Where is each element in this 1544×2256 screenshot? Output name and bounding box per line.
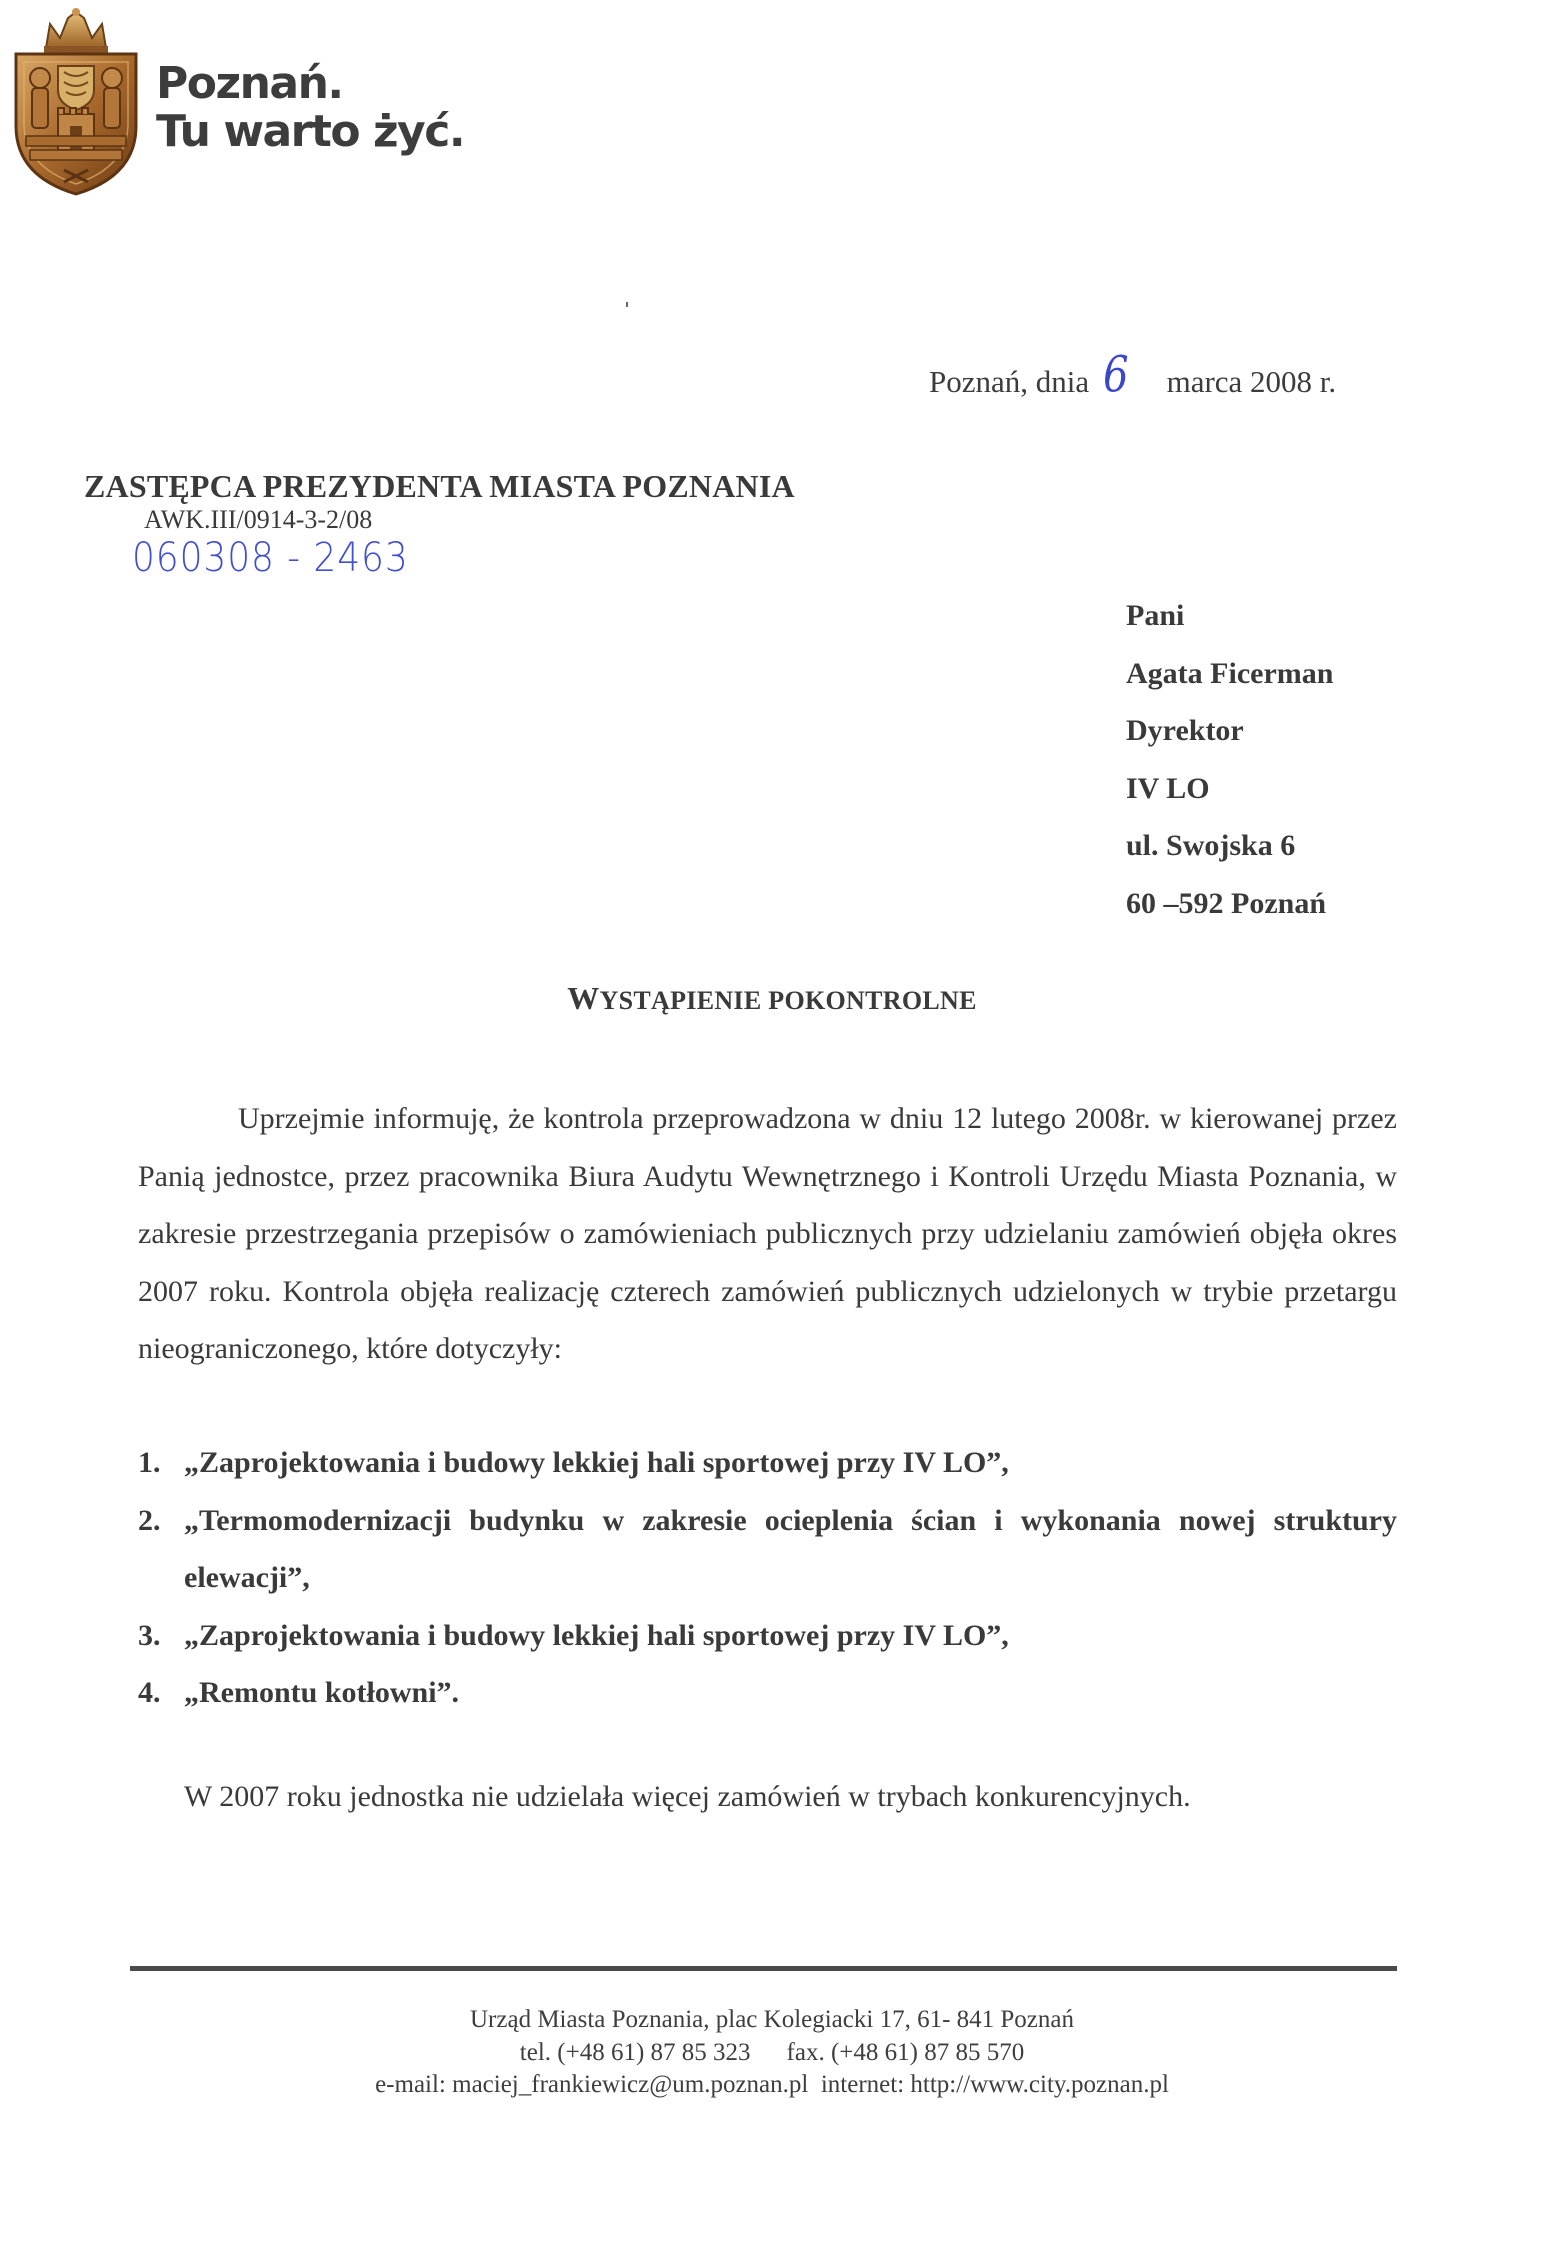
recipient-name: Agata Ficerman	[1126, 654, 1333, 712]
title-initial: W	[567, 980, 599, 1016]
list-item: 3.„Zaprojektowania i budowy lekkiej hali…	[138, 1607, 1397, 1665]
date-suffix: marca 2008 r.	[1167, 364, 1337, 399]
footer: Urząd Miasta Poznania, plac Kolegiacki 1…	[0, 2004, 1544, 2102]
list-item-number: 2.	[138, 1492, 161, 1550]
footer-fax: fax. (+48 61) 87 85 570	[787, 2039, 1025, 2066]
list-item-text: „Zaprojektowania i budowy lekkiej hali s…	[184, 1619, 1009, 1652]
recipient-street: ul. Swojska 6	[1126, 826, 1333, 884]
slogan-line-2: Tu warto żyć.	[156, 110, 464, 154]
recipient-institution: IV LO	[1126, 769, 1333, 827]
list-item: 2.„Termomodernizacji budynku w zakresie …	[138, 1492, 1397, 1607]
list-item-number: 1.	[138, 1434, 161, 1492]
list-item-number: 3.	[138, 1607, 161, 1665]
list-item-text: „Termomodernizacji budynku w zakresie oc…	[184, 1504, 1397, 1595]
recipient-city: 60 –592 Poznań	[1126, 884, 1333, 942]
list-item: 1.„Zaprojektowania i budowy lekkiej hali…	[138, 1434, 1397, 1492]
footer-divider	[130, 1966, 1397, 1971]
document-title: WYSTĄPIENIE POKONTROLNE	[0, 980, 1544, 1017]
list-item-number: 4.	[138, 1664, 161, 1722]
footer-phone-fax: tel. (+48 61) 87 85 323fax. (+48 61) 87 …	[0, 2037, 1544, 2070]
orders-list: 1.„Zaprojektowania i budowy lekkiej hali…	[138, 1434, 1397, 1722]
list-item-text: „Zaprojektowania i budowy lekkiej hali s…	[184, 1446, 1009, 1479]
closing-sentence: W 2007 roku jednostka nie udzielała więc…	[184, 1780, 1191, 1814]
list-item-text: „Remontu kotłowni”.	[184, 1676, 459, 1709]
title-rest: YSTĄPIENIE POKONTROLNE	[600, 986, 977, 1015]
footer-tel: tel. (+48 61) 87 85 323	[520, 2039, 751, 2066]
footer-contact: e-mail: maciej_frankiewicz@um.poznan.pl …	[0, 2069, 1544, 2102]
footer-email: e-mail: maciej_frankiewicz@um.poznan.pl	[375, 2071, 808, 2098]
footer-address: Urząd Miasta Poznania, plac Kolegiacki 1…	[0, 2004, 1544, 2037]
handwritten-day: 6	[1103, 346, 1128, 404]
list-item: 4.„Remontu kotłowni”.	[138, 1664, 1397, 1722]
date-prefix: Poznań, dnia	[929, 364, 1089, 399]
recipient-salutation: Pani	[1126, 596, 1333, 654]
footer-internet: internet: http://www.city.poznan.pl	[821, 2071, 1169, 2098]
poznan-coat-of-arms-icon	[8, 6, 144, 196]
slogan-line-1: Poznań.	[156, 62, 343, 106]
handwritten-reference: 060308 - 2463	[132, 535, 409, 581]
date-line: Poznań, dnia6marca 2008 r.	[929, 356, 1336, 402]
recipient-address: Pani Agata Ficerman Dyrektor IV LO ul. S…	[1126, 596, 1333, 942]
reference-number: AWK.III/0914-3-2/08	[144, 505, 372, 535]
sender-title: ZASTĘPCA PREZYDENTA MIASTA POZNANIA	[84, 468, 795, 505]
body-paragraph: Uprzejmie informuję, że kontrola przepro…	[138, 1090, 1397, 1378]
scan-speck	[626, 302, 628, 307]
recipient-position: Dyrektor	[1126, 711, 1333, 769]
